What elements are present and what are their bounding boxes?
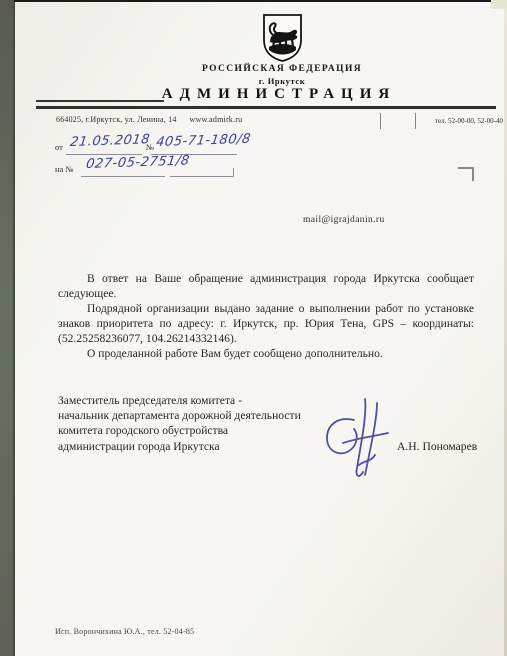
body-paragraph: В ответ на Ваше обращение администрация … (58, 271, 474, 301)
signer-title-line: комитета городского обустройства (58, 423, 358, 438)
letter-body: В ответ на Ваше обращение администрация … (58, 271, 474, 361)
body-paragraph: О проделанной работе Вам будет сообщено … (58, 346, 474, 361)
ref-reply-underline (81, 176, 165, 177)
ref-from-label: от (55, 142, 63, 152)
ref-underline-end-tick (233, 168, 234, 177)
recipient-email: mail@igrajdanin.ru (303, 215, 385, 225)
scanner-edge-strip (0, 0, 15, 656)
ref-from-date-handwritten: 21.05.2018 (69, 132, 151, 150)
ref-reply-number-handwritten: 027-05-2751/8 (85, 153, 191, 172)
ref-blank-underline (170, 176, 233, 177)
administration-title: АДМИНИСТРАЦИЯ (124, 86, 434, 103)
signer-title-block: Заместитель председателя комитета - нача… (58, 393, 358, 454)
handwritten-signature (320, 394, 396, 480)
ref-reply-label: на № (55, 164, 74, 174)
letterhead-thick-rule (36, 106, 496, 109)
executor-note: Исп. Ворончихина Ю.А., тел. 52-04-85 (55, 627, 194, 636)
signer-title-line: начальник департамента дорожной деятельн… (58, 408, 358, 423)
address-divider (380, 113, 381, 129)
ref-outgoing-number-handwritten: 405-71-180/8 (155, 132, 252, 150)
country-name: РОССИЙСКАЯ ФЕДЕРАЦИЯ (132, 64, 432, 74)
signer-name: А.Н. Пономарев (397, 440, 477, 453)
signer-title-line: администрации города Иркутска (58, 439, 358, 454)
body-paragraph: Подрядной организации выдано задание о в… (58, 301, 474, 346)
irkutsk-coat-of-arms-icon (261, 13, 304, 63)
phone-numbers: тел. 52-00-00, 52-00-40 (418, 117, 503, 125)
scan-top-edge (14, 0, 507, 2)
ref-number-label: № (146, 142, 154, 152)
corner-registration-mark (458, 167, 474, 181)
city-name: г. Иркутск (132, 76, 432, 86)
signer-title-line: Заместитель председателя комитета - (58, 393, 358, 408)
postal-address: 664025, г.Иркутск, ул. Ленина, 14 (56, 115, 177, 124)
letterhead-thin-rule (36, 100, 164, 102)
scanned-letter-page: РОССИЙСКАЯ ФЕДЕРАЦИЯ г. Иркутск АДМИНИСТ… (0, 0, 507, 656)
website-text: www.admirk.ru (190, 115, 243, 124)
phone-divider (415, 113, 416, 129)
letterhead-address-row: 664025, г.Иркутск, ул. Ленина, 14www.adm… (56, 115, 242, 124)
